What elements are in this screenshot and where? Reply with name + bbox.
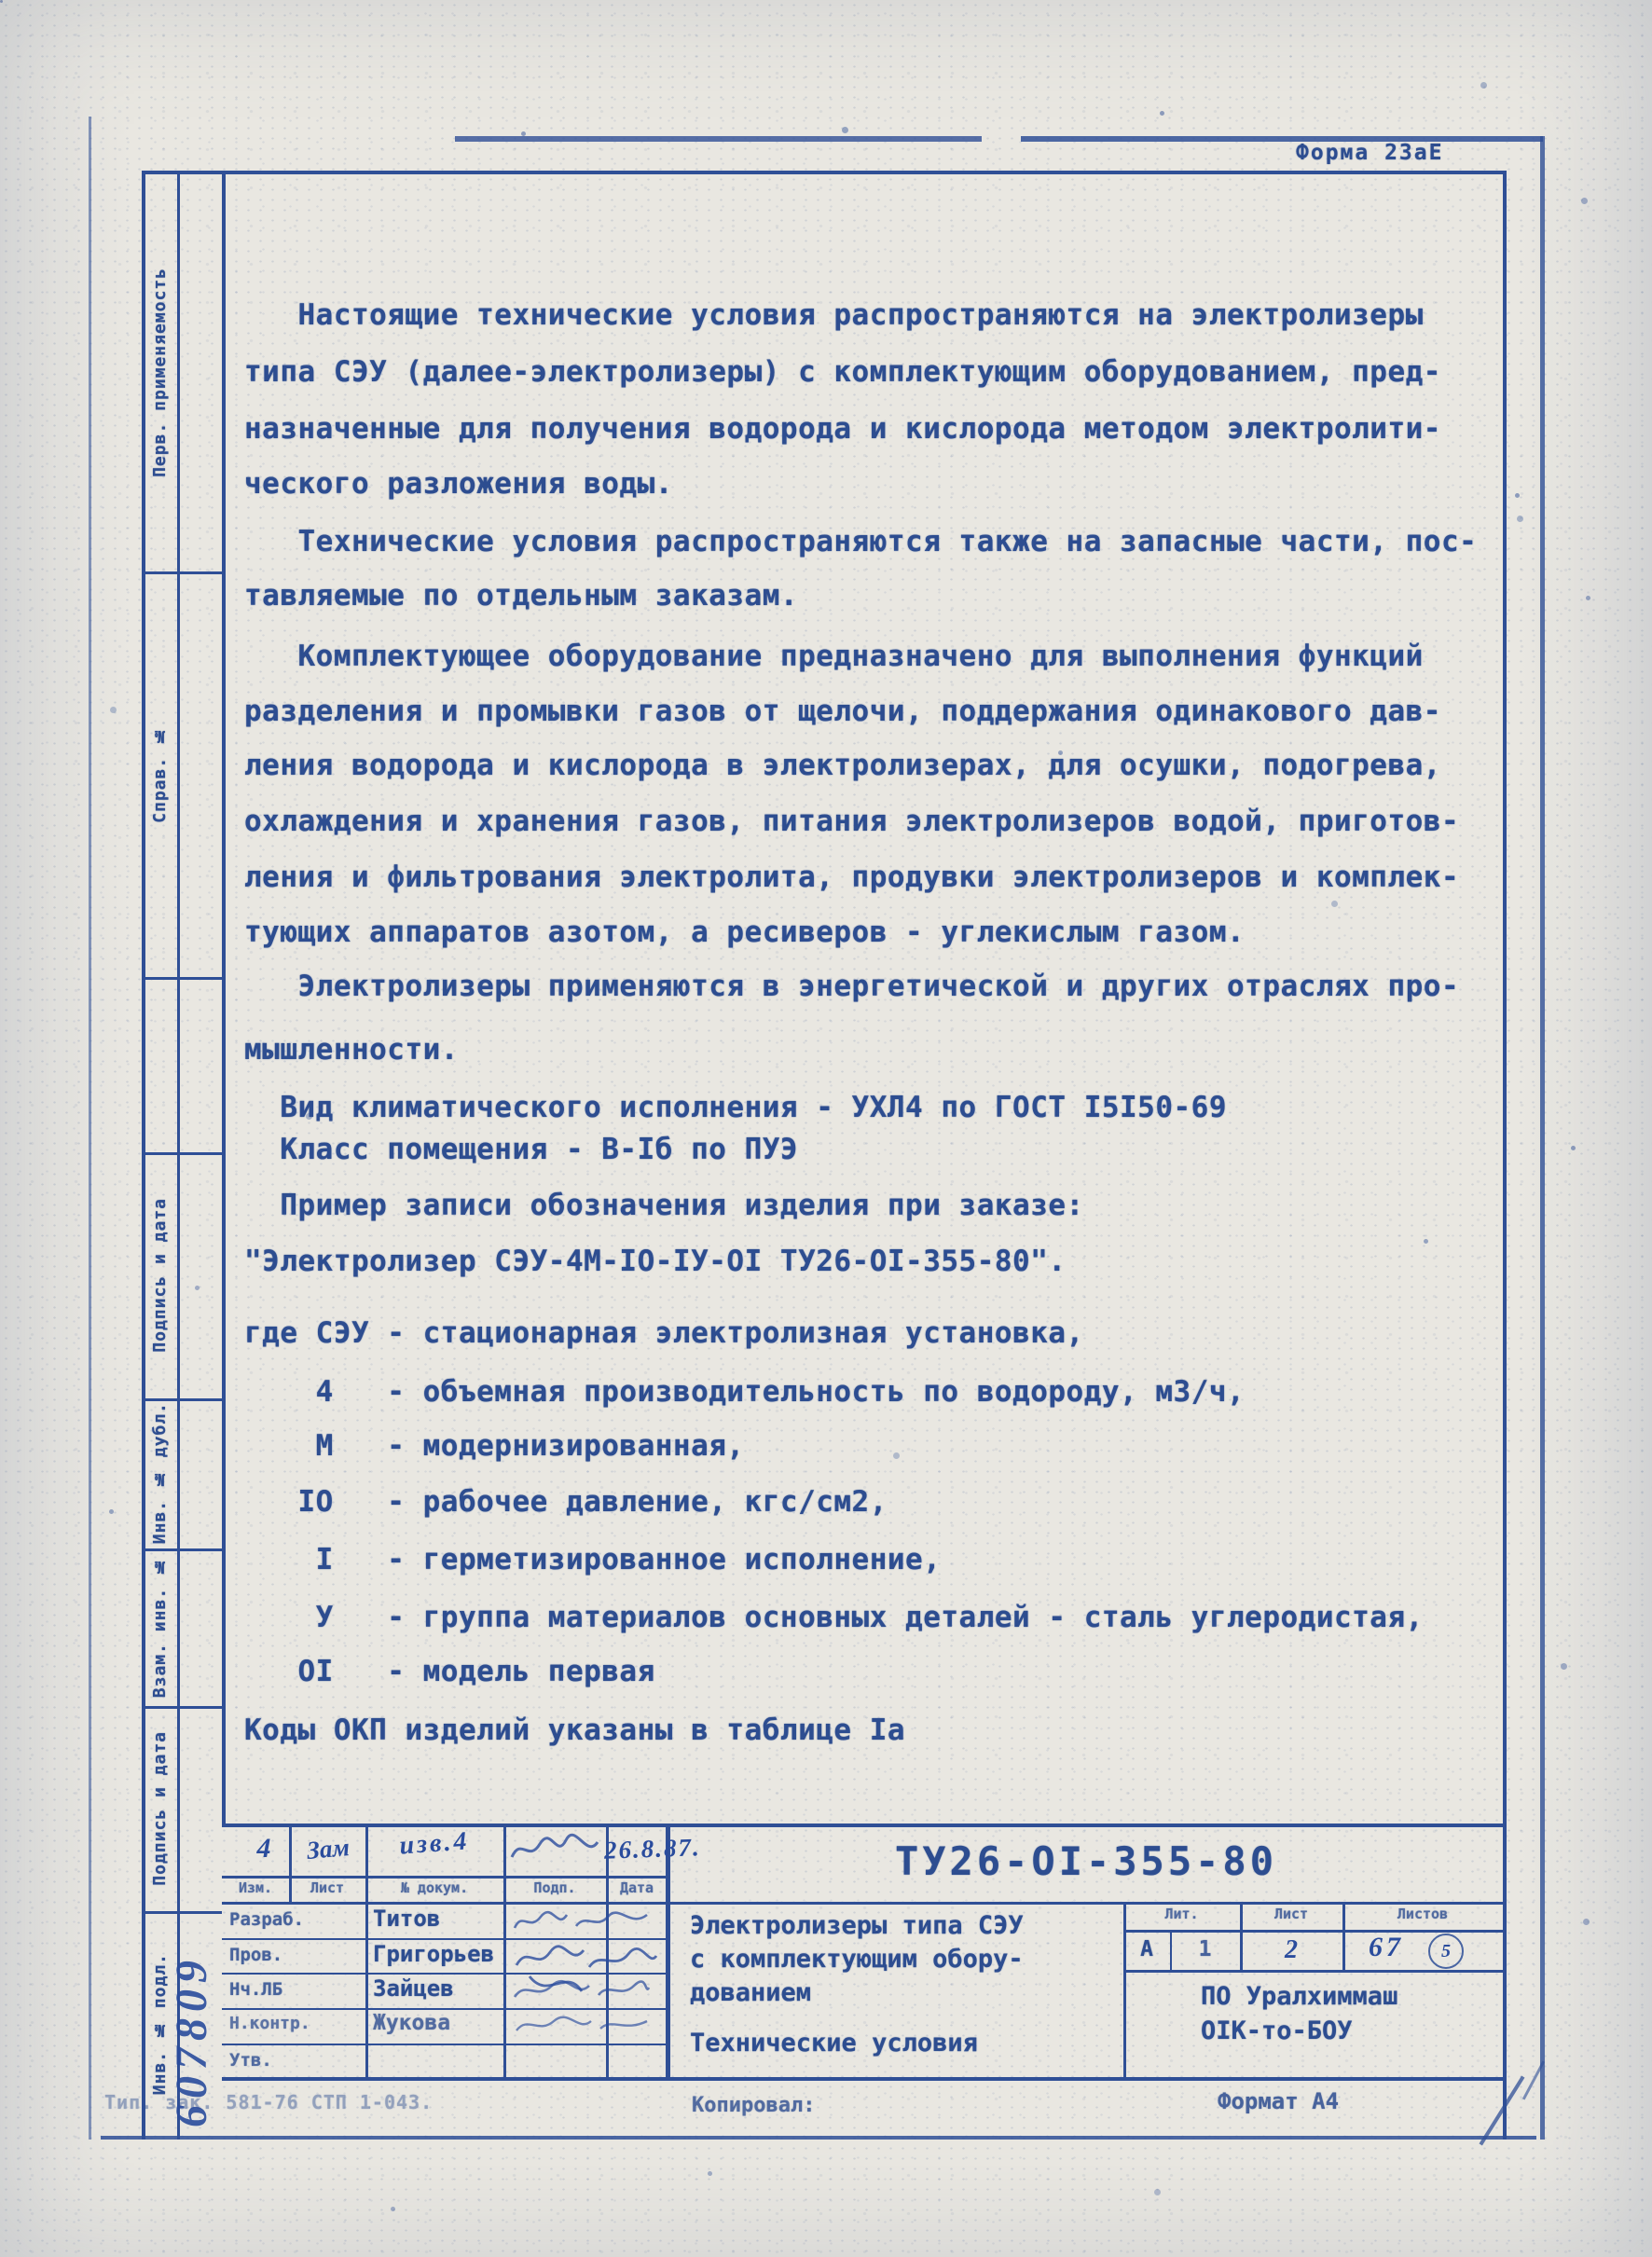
frame-line <box>89 117 91 2140</box>
body-line: Вид климатического исполнения - УХЛ4 по … <box>244 1091 1227 1124</box>
signature-scrawl <box>511 1976 651 2006</box>
body-line: М - модернизированная, <box>244 1429 745 1463</box>
doc-title-line: дованием <box>690 1978 811 2007</box>
change-row-doc: изв.4 <box>368 1824 501 1864</box>
footer-copied-by: Копировал: <box>692 2094 815 2117</box>
role-label: Утв. <box>229 2050 272 2071</box>
change-row-number: 4 <box>239 1833 289 1865</box>
margin-label-sprav-no: Справ. № <box>142 571 177 977</box>
titleblock-line <box>222 2008 669 2010</box>
role-label: Пров. <box>229 1945 282 1965</box>
margin-label-podpis-data-2: Подпись и дата <box>142 1706 177 1911</box>
change-row-sheet: Зам <box>290 1832 366 1867</box>
margin-label-perv-primen: Перв. применяемость <box>142 172 177 571</box>
margin-label-inv-dubl: Инв. № дубл. <box>142 1398 177 1548</box>
margin-label-text: Перв. применяемость <box>150 268 170 477</box>
body-line: ления водорода и кислорода в электролизе… <box>244 749 1441 782</box>
body-line: разделения и промывки газов от щелочи, п… <box>244 695 1441 728</box>
column-label-izm: Изм. <box>222 1879 289 1896</box>
body-line: ческого разложения воды. <box>244 467 673 501</box>
column-label-data: Дата <box>606 1879 668 1896</box>
frame-line <box>455 136 982 142</box>
lit-value: 1 <box>1170 1937 1240 1961</box>
sheets-value: 67 <box>1335 1932 1438 1963</box>
column-label-podp: Подп. <box>503 1879 606 1896</box>
lit-value: А <box>1123 1937 1170 1961</box>
body-line: I - герметизированное исполнение, <box>244 1543 941 1576</box>
doc-title-line: Электролизеры типа СЭУ <box>690 1911 1024 1940</box>
titleblock-line <box>222 2077 1507 2081</box>
signature-scrawl <box>511 1906 651 1937</box>
sheets-note-circled: 5 <box>1428 1934 1464 1969</box>
body-line: типа СЭУ (далее-электролизеры) с комплек… <box>244 355 1441 389</box>
titleblock-line <box>222 1823 1507 1827</box>
org-name: ПО Уралхиммаш <box>1201 1982 1397 2011</box>
body-line: Электролизеры применяются в энергетическ… <box>244 970 1459 1003</box>
ink-specks <box>0 0 3 3</box>
doc-number: ТУ26-ОI-355-80 <box>669 1838 1503 1884</box>
role-name: Григорьев <box>373 1941 494 1967</box>
body-line: IО - рабочее давление, кгс/см2, <box>244 1485 888 1519</box>
body-line: Пример записи обозначения изделия при за… <box>244 1189 1084 1222</box>
role-label: Разраб. <box>229 1909 304 1930</box>
body-line: ОI - модель первая <box>244 1655 655 1688</box>
margin-label-text: Инв. № дубл. <box>150 1402 170 1544</box>
body-line: мышленности. <box>244 1033 459 1067</box>
inventory-number-handwritten: 607809 <box>166 1954 217 2127</box>
titleblock-line <box>222 2044 669 2045</box>
footer-format: Формат А4 <box>1218 2088 1339 2114</box>
body-line: Класс помещения - В-Iб по ПУЭ <box>244 1133 798 1166</box>
column-label-dokum: № докум. <box>365 1879 503 1896</box>
body-line: 4 - объемная производительность по водор… <box>244 1375 1245 1409</box>
sheet-header: Лист <box>1240 1906 1342 1922</box>
body-line: Коды ОКП изделий указаны в таблице Iа <box>244 1713 905 1747</box>
margin-label-podpis-data-1: Подпись и дата <box>142 1152 177 1398</box>
body-line: тующих аппаратов азотом, а ресиверов - у… <box>244 915 1245 949</box>
body-line: назначенные для получения водорода и кис… <box>244 412 1441 446</box>
scanned-document-page: Перв. применяемость Справ. № Подпись и д… <box>0 0 1652 2257</box>
frame-line <box>1021 136 1543 142</box>
titleblock-line <box>365 1823 368 2077</box>
footer-print-order: Тип. зак. 581-76 СТП 1-043. <box>104 2091 433 2113</box>
sheet-value: 2 <box>1240 1935 1342 1965</box>
margin-label-text: Подпись и дата <box>150 1731 170 1886</box>
titleblock-line <box>1123 1930 1507 1933</box>
body-line: Комплектующее оборудование предназначено… <box>244 640 1424 673</box>
org-dept: ОIК-то-БОУ <box>1201 2016 1353 2045</box>
titleblock-line <box>503 1823 506 2077</box>
body-line: У - группа материалов основных деталей -… <box>244 1601 1424 1634</box>
body-line: тавляемые по отдельным заказам. <box>244 579 798 612</box>
role-label: Н.контр. <box>229 2014 310 2033</box>
body-line: охлаждения и хранения газов, питания эле… <box>244 805 1459 838</box>
body-line: "Электролизер СЭУ-4М-IО-IУ-ОI ТУ26-ОI-35… <box>244 1245 1067 1278</box>
sheets-note-text: 5 <box>1441 1941 1451 1962</box>
role-label: Нч.ЛБ <box>229 1979 282 2000</box>
change-row-date: 26.8.87. <box>603 1833 701 1865</box>
signature-scrawl <box>511 2012 651 2040</box>
margin-divider <box>142 977 222 980</box>
body-line: где СЭУ - стационарная электролизная уст… <box>244 1316 1084 1350</box>
frame-line <box>222 171 226 1827</box>
column-label-list: Лист <box>289 1879 365 1896</box>
frame-line <box>1503 171 1507 2140</box>
margin-label-text: Взам. инв. № <box>150 1556 170 1698</box>
frame-line <box>177 171 180 2140</box>
margin-label-text: Справ. № <box>150 725 170 823</box>
signature-scrawl <box>508 1831 601 1868</box>
form-number-label: Форма 23аЕ <box>1296 141 1443 165</box>
doc-type: Технические условия <box>690 2029 978 2057</box>
margin-label-vzam-inv: Взам. инв. № <box>142 1548 177 1706</box>
body-line: Технические условия распространяются так… <box>244 525 1477 558</box>
body-line: Настоящие технические условия распростра… <box>244 298 1424 332</box>
role-name: Титов <box>373 1906 440 1932</box>
doc-title-line: с комплектующим обору- <box>690 1945 1024 1974</box>
sheets-header: Листов <box>1342 1906 1503 1922</box>
role-name: Жукова <box>373 2011 450 2035</box>
frame-line <box>142 171 1505 174</box>
frame-line <box>101 2136 1536 2140</box>
titleblock-line <box>1123 1970 1507 1973</box>
lit-header: Лит. <box>1123 1906 1240 1922</box>
titleblock-line <box>222 1902 1507 1905</box>
margin-label-text: Подпись и дата <box>150 1198 170 1353</box>
frame-line <box>1540 136 1545 2140</box>
body-line: ления и фильтрования электролита, продув… <box>244 860 1459 894</box>
titleblock-line <box>1123 1902 1126 2077</box>
role-name: Зайцев <box>373 1975 454 2002</box>
